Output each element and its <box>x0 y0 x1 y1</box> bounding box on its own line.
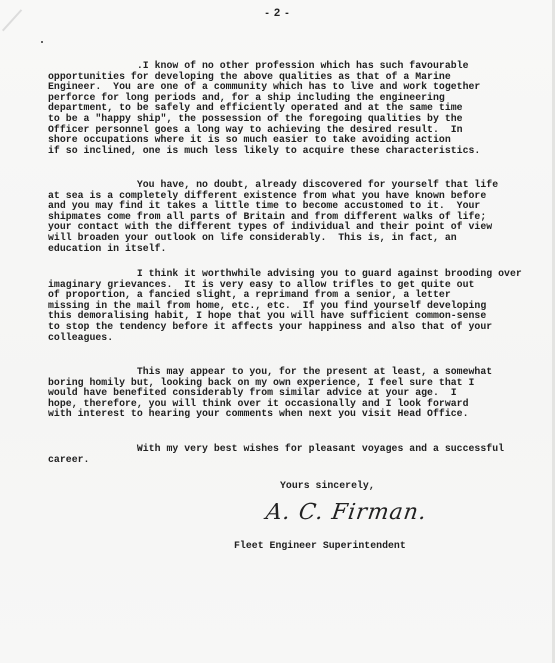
letter-line: boring homily but, looking back on my ow… <box>48 378 474 388</box>
letter-line: You have, no doubt, already discovered f… <box>48 180 498 190</box>
closing-salutation: Yours sincerely, <box>280 481 375 491</box>
letter-line: .I know of no other profession which has… <box>48 61 469 71</box>
letter-line: Officer personnel goes a long way to ach… <box>48 125 463 135</box>
letter-line: Engineer. You are one of a community whi… <box>48 82 480 92</box>
letter-line: and you may find it takes a little time … <box>48 201 480 211</box>
letter-line: will broaden your outlook on life consid… <box>48 233 457 243</box>
letter-line: This may appear to you, for the present … <box>48 367 492 377</box>
letter-line: education in itself. <box>48 244 166 254</box>
letter-line: if so inclined, one is much less likely … <box>48 146 480 156</box>
page-number: - 2 - <box>0 7 555 19</box>
letter-line: hope, therefore, you will think over it … <box>48 399 469 409</box>
letter-line: imaginary grievances. It is very easy to… <box>48 280 474 290</box>
letter-line: to be a "happy ship", the possession of … <box>48 114 463 124</box>
signatory-title: Fleet Engineer Superintendent <box>234 541 406 551</box>
letter-line: of proportion, a fancied slight, a repri… <box>48 290 451 300</box>
margin-speck <box>41 41 43 43</box>
letter-line: to stop the tendency before it affects y… <box>48 322 492 332</box>
letter-line: perforce for long periods and, for a shi… <box>48 93 445 103</box>
letter-line: shipmates come from all parts of Britain… <box>48 212 486 222</box>
letter-line: at sea is a completely different existen… <box>48 191 486 201</box>
letter-line: I think it worthwhile advising you to gu… <box>48 269 522 279</box>
letter-line: this demoralising habit, I hope that you… <box>48 311 486 321</box>
letter-page: - 2 - .I know of no other profession whi… <box>0 0 555 663</box>
handwritten-signature: A. C. Firman. <box>264 500 428 525</box>
letter-line: missing in the mail from home, etc., etc… <box>48 301 486 311</box>
letter-line: shore occupations where it is so much ea… <box>48 135 451 145</box>
letter-line: With my very best wishes for pleasant vo… <box>48 444 504 454</box>
letter-line: colleagues. <box>48 333 113 343</box>
letter-line: career. <box>48 455 89 465</box>
letter-line: your contact with the different types of… <box>48 222 492 232</box>
letter-line: opportunities for developing the above q… <box>48 72 451 82</box>
letter-line: with interest to hearing your comments w… <box>48 409 469 419</box>
letter-line: would have benefited considerably from s… <box>48 388 457 398</box>
letter-line: department, to be safely and efficiently… <box>48 103 463 113</box>
